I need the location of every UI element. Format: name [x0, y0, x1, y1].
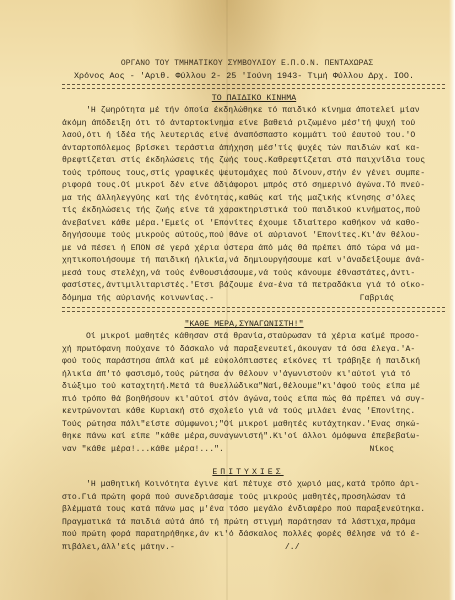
text-line: κεντρώνονται κάθε Κυριακή στό σχολείο γι…	[62, 406, 452, 419]
text-line: άνεβαίνει κάθε μέρα.'Εμείς οί 'Επονίτες …	[62, 218, 452, 231]
text-line: Πραγματικά τά παιδιά αύτά άπό τή πρώτη σ…	[62, 517, 452, 530]
text-line-last: πιβάλει,άλλ'είς μάτην.-/./	[62, 542, 452, 555]
text-line: χητικοποιήσουμε τή παιδική ήλικία,νά δημ…	[62, 255, 452, 268]
article-heading: "ΚΑΘΕ ΜΕΡΑ,ΣΥΝΑΓΩΝΙΣΤΗ!"	[42, 319, 446, 331]
text-line: πού πρώτη φορά παρατηρήθηκε,άν κι'ό δάσκ…	[62, 529, 452, 542]
text-line-last: δόμημα τής αύριανής κοινωνίας.-Γαβριάς	[62, 293, 452, 306]
article-epityxies: ΕΠΙΤΥΧΙΕΣ 'Η μαθητική Κοινότητα έγινε κα…	[42, 467, 446, 554]
text-line: βλέμματά τους κατά πάνω μας μ'ένα τόσο μ…	[62, 504, 452, 517]
article-body: 'Η μαθητική Κοινότητα έγινε καί πέτυχε σ…	[42, 479, 452, 554]
text-line: δηγήσουμε τούς μικρούς αύτούς,πού θάνε ο…	[62, 230, 452, 243]
article-body: Οί μικροί μαθητές κάθησαν στά θρανία,στα…	[42, 331, 452, 456]
masthead-subtitle: Χρόνος Αος - 'Αριθ. Φύλλου 2- 25 'Ιούνη …	[42, 70, 446, 83]
text-line: μεσά τους στελέχη,νά τούς ένθουσιάσουμε,…	[62, 268, 452, 281]
text-line: άκόμη άπόδειξη ότι τό άνταρτοκίνημα είνε…	[62, 118, 452, 131]
text-line: πιβάλει,άλλ'είς μάτην.-	[62, 543, 175, 552]
text-line: διώξιμο τού καταχτητή.Μετά τά θυελλώδικα…	[62, 381, 452, 394]
author-signature: Νίκος	[369, 444, 394, 457]
text-line: πιό τρόπο θά βοηθήσουν κι'αύτοί στόν άγώ…	[62, 394, 452, 407]
text-line: θηκε πάνω καί είπε "κάθε μέρα,συναγωνιστ…	[62, 431, 452, 444]
text-line: 'Η ζωηρότητα μέ τήν όποία έκδηλώθηκε τό …	[62, 105, 452, 118]
text-line: με νά πέσει ή ΕΠΟΝ σέ γερά χέρια ύστερα …	[62, 243, 452, 256]
text-line-last: ναν "κάθε μέρα!...κάθε μέρα!...".Νίκος	[62, 444, 452, 457]
author-signature: Γαβριάς	[360, 293, 394, 306]
divider-rule	[62, 84, 445, 89]
text-line: τίς έκδηλώσεις τής ζωής είνε τά χαρακτηρ…	[62, 205, 452, 218]
text-line: 'Η μαθητική Κοινότητα έγινε καί πέτυχε σ…	[62, 479, 452, 492]
text-line: δόμημα τής αύριανής κοινωνίας.-	[62, 294, 214, 303]
article-heading: ΕΠΙΤΥΧΙΕΣ	[50, 467, 446, 479]
text-line: θρεφτίζεται στίς έκδηλώσεις τής ζωής του…	[62, 155, 452, 168]
text-line: χή πρωτόφανη πούχανε τό δάσκαλο νά παραξ…	[62, 344, 452, 357]
text-line: στο.Γιά πρώτη φορά πού συνεδριάσαμε τούς…	[62, 492, 452, 505]
divider-rule	[62, 307, 445, 312]
end-mark: /./	[285, 542, 300, 555]
article-kathe-mera: "ΚΑΘΕ ΜΕΡΑ,ΣΥΝΑΓΩΝΙΣΤΗ!" Οί μικροί μαθητ…	[42, 319, 446, 456]
masthead-title: ΟΡΓΑΝΟ ΤΟΥ ΤΜΗΜΑΤΙΚΟΥ ΣΥΜΒΟΥΛΙΟΥ Ε.Π.Ο.Ν…	[42, 58, 446, 70]
article-paidiko-kinima: ΤΟ ΠΑΙΔΙΚΟ ΚΙΝΗΜΑ 'Η ζωηρότητα μέ τήν όπ…	[42, 93, 446, 305]
text-line: άνταρτοπόλεμος βρίσκει τεράστια άπήχηση …	[62, 143, 452, 156]
article-heading: ΤΟ ΠΑΙΔΙΚΟ ΚΙΝΗΜΑ	[62, 93, 446, 105]
text-line: φού τούς παράστησα άπλά καί μέ εύκολόπια…	[62, 356, 452, 369]
text-line: φασίστες,άντιμιλιταριστές.'Ετσι βάζουμε …	[62, 280, 452, 293]
text-line: ήλικία άπ'τό φασισμό,τούς ρώτησα άν θέλο…	[62, 369, 452, 382]
document-page: ΟΡΓΑΝΟ ΤΟΥ ΤΜΗΜΑΤΙΚΟΥ ΣΥΜΒΟΥΛΙΟΥ Ε.Π.Ο.Ν…	[42, 58, 446, 554]
text-line: ριφορά τους.Οί μικροί δέν είνε άδιάφοροι…	[62, 180, 452, 193]
text-line: τούς τρόπους τους,στίς γραφικές ψευτομάχ…	[62, 168, 452, 181]
text-line: Οί μικροί μαθητές κάθησαν στά θρανία,στα…	[62, 331, 452, 344]
text-line: λαού,ότι ή ίδέα τής λευτεριάς είνε άναπό…	[62, 130, 452, 143]
text-line: μα τής άλληλεγγύης καί τής ένότητας,καθώ…	[62, 193, 452, 206]
text-line: ναν "κάθε μέρα!...κάθε μέρα!...".	[62, 445, 224, 454]
article-body: 'Η ζωηρότητα μέ τήν όποία έκδηλώθηκε τό …	[42, 105, 452, 305]
text-line: Τούς ρώτησα πάλι"είστε σύμφωνοι;"Οί μικρ…	[62, 419, 452, 432]
